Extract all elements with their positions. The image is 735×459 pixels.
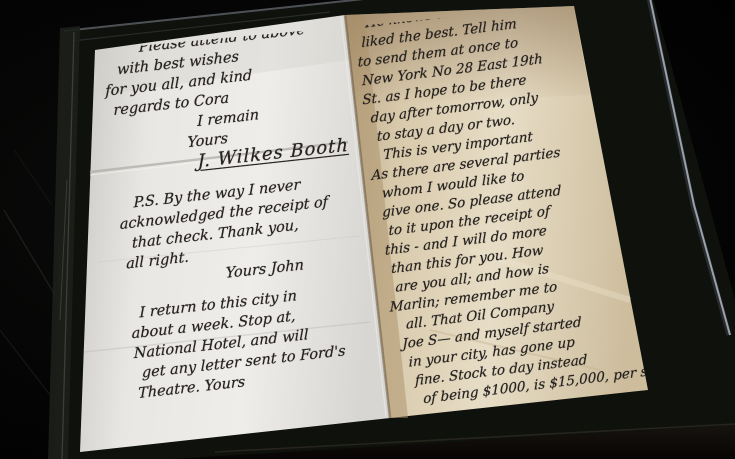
photo-of-letter: Please attend to above with best wishes … bbox=[0, 0, 735, 459]
left-page-text: Please attend to above with best wishes … bbox=[100, 14, 396, 404]
